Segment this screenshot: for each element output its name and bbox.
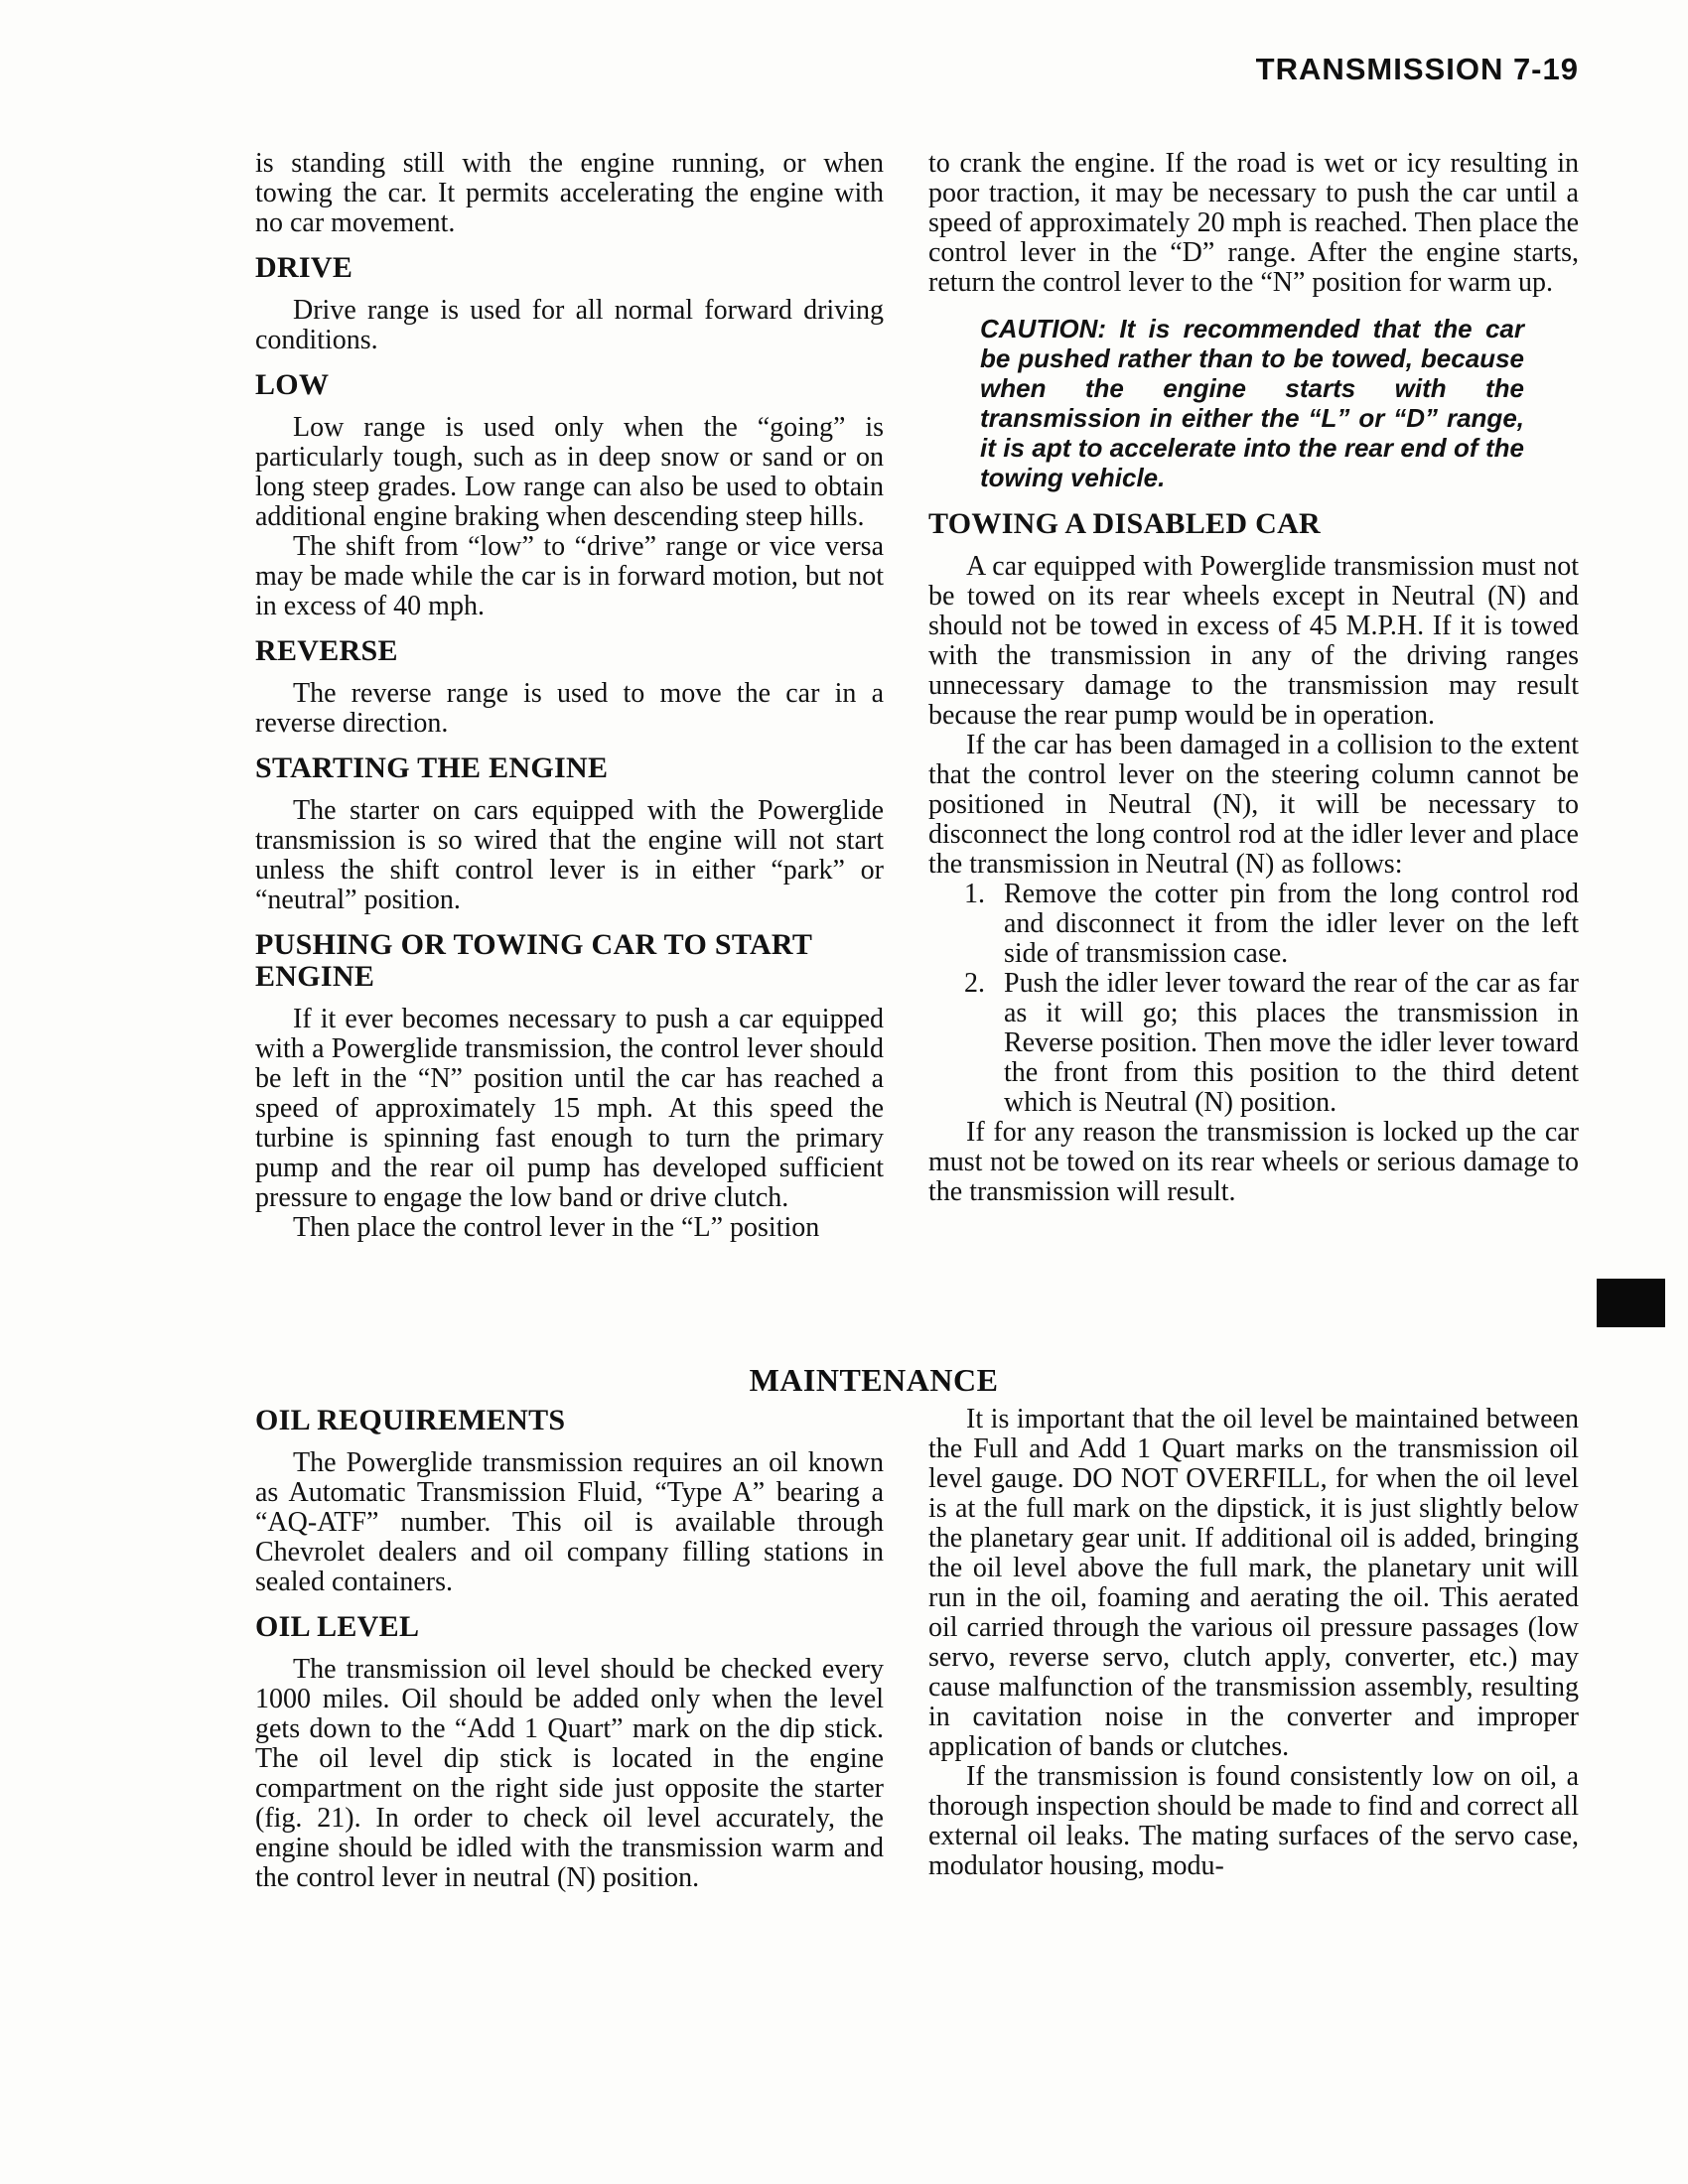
paragraph: The Powerglide transmission requires an …	[255, 1448, 884, 1597]
page-header: TRANSMISSION 7-19	[0, 52, 1579, 87]
section-heading-pushing-towing: PUSHING OR TOWING CAR TO START ENGINE	[255, 929, 884, 993]
paragraph: If the car has been damaged in a collisi…	[928, 731, 1579, 880]
section-heading-drive: DRIVE	[255, 252, 884, 284]
caution-note: CAUTION: It is recommended that the car …	[980, 314, 1524, 492]
list-item-text: Push the idler lever toward the rear of …	[1004, 968, 1579, 1118]
maintenance-section-title: MAINTENANCE	[30, 1362, 1688, 1399]
section-heading-oil-requirements: OIL REQUIREMENTS	[255, 1405, 884, 1436]
right-column-bottom: It is important that the oil level be ma…	[928, 1405, 1579, 1881]
left-column-bottom: OIL REQUIREMENTS The Powerglide transmis…	[255, 1405, 884, 1893]
right-column-top: to crank the engine. If the road is wet …	[928, 149, 1579, 1207]
paragraph: If it ever becomes necessary to push a c…	[255, 1005, 884, 1213]
numbered-list-item: 1. Remove the cotter pin from the long c…	[928, 880, 1579, 969]
list-item-text: Remove the cotter pin from the long cont…	[1004, 879, 1579, 969]
paragraph: If the transmission is found consistentl…	[928, 1762, 1579, 1881]
list-number: 2.	[964, 969, 985, 999]
paragraph: The starter on cars equipped with the Po…	[255, 796, 884, 915]
paragraph: The reverse range is used to move the ca…	[255, 679, 884, 739]
numbered-list-item: 2. Push the idler lever toward the rear …	[928, 969, 1579, 1118]
paragraph: The transmission oil level should be che…	[255, 1655, 884, 1893]
paragraph: The shift from “low” to “drive” range or…	[255, 532, 884, 621]
paragraph-continuation: is standing still with the engine runnin…	[255, 149, 884, 238]
paragraph-runover: Then place the control lever in the “L” …	[255, 1213, 884, 1243]
paragraph: A car equipped with Powerglide transmiss…	[928, 552, 1579, 731]
ink-blot-mark	[1597, 1279, 1665, 1327]
section-heading-towing-disabled-car: TOWING A DISABLED CAR	[928, 508, 1579, 540]
paragraph: If for any reason the transmission is lo…	[928, 1118, 1579, 1207]
section-heading-reverse: REVERSE	[255, 635, 884, 667]
paragraph: Drive range is used for all normal forwa…	[255, 296, 884, 355]
paragraph-continuation: to crank the engine. If the road is wet …	[928, 149, 1579, 298]
left-column-top: is standing still with the engine runnin…	[255, 149, 884, 1243]
section-heading-low: LOW	[255, 369, 884, 401]
paragraph: It is important that the oil level be ma…	[928, 1405, 1579, 1762]
section-heading-oil-level: OIL LEVEL	[255, 1611, 884, 1643]
manual-page: TRANSMISSION 7-19 is standing still with…	[0, 0, 1688, 2184]
paragraph: Low range is used only when the “going” …	[255, 413, 884, 532]
list-number: 1.	[964, 880, 985, 909]
section-heading-starting-engine: STARTING THE ENGINE	[255, 752, 884, 784]
